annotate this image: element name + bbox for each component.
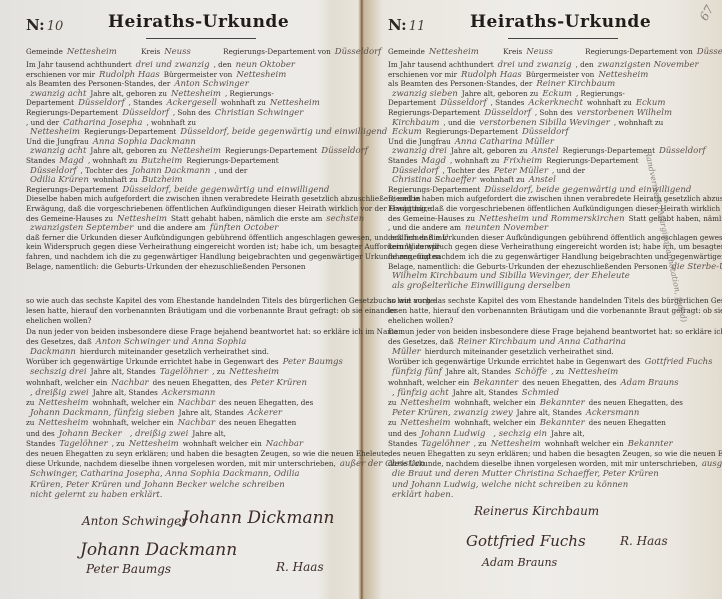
printed-text: ehelichen wollen? — [388, 316, 453, 325]
printed-text: Statt gehabt haben, nämlich die erste am — [629, 214, 722, 223]
printed-text: , wohnhaft zu — [450, 156, 499, 165]
printed-text: wohnhaft, welcher ein — [26, 378, 107, 387]
text-line: des Gemeine-Hauses zuNettesheimStatt geh… — [26, 214, 334, 224]
handwritten-entry: Müller — [392, 347, 421, 357]
handwritten-entry: drei und zwanzig — [136, 60, 210, 70]
handwritten-entry: Odilia Krüren — [30, 175, 89, 185]
printed-text: Jahre alt, geboren zu — [90, 89, 167, 98]
handwritten-entry: Catharina Josepha — [63, 118, 142, 128]
text-line: Dackmannhierdurch miteinander gesetzlich… — [26, 347, 334, 357]
text-line: des neuen Ehegatten zu seyn erklären; un… — [388, 449, 696, 458]
handwritten-entry: Johann Dackmann, fünfzig sieben — [30, 408, 175, 418]
printed-text: , zu — [212, 367, 225, 376]
text-line: , fünfzig achtJahre alt, StandesSchmied — [388, 388, 696, 398]
document-title: Heiraths-Urkunde — [108, 12, 289, 32]
handwritten-entry: Johann Ludwig — [421, 429, 486, 439]
handwritten-entry: Nettesheim — [171, 146, 221, 156]
handwritten-entry: und Johann Ludwig, welche nicht schreibe… — [392, 480, 628, 490]
right-page: N:11 Heiraths-Urkunde 67 GemeindeNettesh… — [362, 0, 722, 599]
printed-text: als Beamten des Personen-Standes, der — [26, 79, 170, 88]
handwritten-entry: erklärt haben. — [392, 490, 453, 500]
text-line: zuNettesheimwohnhaft, welcher einBekannt… — [388, 418, 696, 428]
printed-text: des neuen Ehegatten, des — [153, 378, 247, 387]
printed-text: hierdurch miteinander gesetzlich verheir… — [425, 347, 614, 356]
printed-text: Jahre alt, Standes — [453, 388, 518, 397]
text-line: und Johann Ludwig, welche nicht schreibe… — [388, 480, 696, 490]
printed-text: diese Urkunde, nachdem dieselbe ihnen vo… — [388, 459, 698, 468]
printed-text: Departement — [388, 98, 436, 107]
text-line: Düsseldorf, Tochter desJohann Dackmann, … — [26, 166, 334, 176]
printed-text: , Regierungs- — [225, 89, 274, 98]
handwritten-entry: zwanzig drei — [392, 146, 447, 156]
handwritten-entry: Butzheim — [141, 156, 182, 166]
signature: Anton Schwinger — [82, 514, 187, 528]
handwritten-entry: Bekannter — [540, 418, 585, 428]
text-line: Im Jahr tausend achthundertdrei und zwan… — [26, 60, 334, 70]
handwritten-entry: Christina Schaeffer — [392, 175, 476, 185]
text-line: zwanzig achtJahre alt, geboren zuNettesh… — [26, 89, 334, 99]
text-line: Dieselbe haben mich aufgefordert die zwi… — [388, 194, 696, 203]
handwritten-entry: Düsseldorf — [440, 98, 487, 108]
printed-text: Und die Jungfrau — [26, 137, 89, 146]
handwritten-entry: , dreißig zwei — [30, 388, 89, 398]
text-line: Dieselbe haben mich aufgefordert die zwi… — [26, 194, 334, 203]
printed-text: , Sohn des — [173, 108, 211, 117]
text-line: Worüber ich gegenwärtige Urkunde erricht… — [26, 357, 334, 367]
handwritten-entry: Ackergesell — [166, 98, 216, 108]
text-line: als großelterliche Einwilligung derselbe… — [388, 281, 696, 291]
handwritten-entry: fünfzig fünf — [392, 367, 442, 377]
handwritten-entry: nicht gelernt zu haben erklärt. — [30, 490, 162, 500]
printed-text: Jahre alt, Standes — [91, 367, 156, 376]
handwritten-entry: die Braut und deren Mutter Christina Sch… — [392, 469, 659, 479]
printed-text: Regierungs-Departement — [388, 108, 480, 117]
handwritten-entry: , fünfzig acht — [392, 388, 449, 398]
text-line: zwanzigsten Septemberund die andere amfü… — [26, 223, 334, 233]
handwritten-entry: Nettesheim — [568, 367, 618, 377]
printed-text: Regierungs-Departement — [225, 146, 317, 155]
text-line: DepartementDüsseldorf, StandesAckergesel… — [26, 98, 334, 108]
printed-text: zu — [26, 418, 34, 427]
text-line: Schwinger, Catharina Josepha, Anna Sophi… — [26, 469, 334, 479]
left-header: N:10 Heiraths-Urkunde — [26, 12, 340, 42]
printed-text: des Gemeine-Hauses zu — [26, 214, 113, 223]
text-line: NettesheimRegierungs-DepartementDüsseldo… — [26, 127, 334, 137]
handwritten-entry: Rudolph Haas — [99, 70, 160, 80]
printed-text: wohnhaft zu — [587, 98, 632, 107]
printed-text: zu — [388, 418, 396, 427]
printed-text: Regierungs-Departement — [186, 156, 278, 165]
printed-text: Erwägung, daß die vorgeschriebenen öffen… — [388, 204, 722, 213]
printed-text: wohnhaft, welcher ein — [92, 398, 173, 407]
text-line: und desJohann Becker, dreißig zweiJahre … — [26, 429, 334, 439]
handwritten-entry: Tagelöhner — [59, 439, 107, 449]
printed-text: des neuen Ehegatten, des — [522, 378, 616, 387]
printed-text: als Beamten des Personen-Standes, der — [388, 79, 532, 88]
printed-text: , den — [214, 60, 232, 69]
printed-text: lesen hatte, hierauf den vorbenannten Br… — [388, 306, 722, 315]
printed-text: des Gesetzes, daß — [388, 337, 454, 346]
handwritten-entry: als großelterliche Einwilligung derselbe… — [392, 281, 570, 291]
printed-text: , wohnhaft zu — [146, 118, 195, 127]
text-line: lesen hatte, hierauf den vorbenannten Br… — [388, 306, 696, 315]
handwritten-entry: neun Oktober — [236, 60, 295, 70]
handwritten-entry: Ackersmann — [586, 408, 640, 418]
handwritten-entry: Nettesheim — [171, 89, 221, 99]
handwritten-entry: Düsseldorf, beide gegenwärtig und einwil… — [180, 127, 387, 137]
handwritten-entry: Nettesheim — [229, 367, 279, 377]
printed-text: Regierungs-Departement — [84, 127, 176, 136]
handwritten-entry: Christian Schwinger — [215, 108, 304, 118]
printed-text: , zu — [474, 439, 487, 448]
text-line: StandesMagd, wohnhaft zuButzheimRegierun… — [26, 156, 334, 166]
handwritten-entry: Tagelöhner — [160, 367, 208, 377]
printed-text: zu — [26, 398, 34, 407]
handwritten-entry: Kirchbaum — [392, 118, 439, 128]
handwritten-entry: Düsseldorf — [659, 146, 706, 156]
printed-text: und des — [26, 429, 55, 438]
text-line: fahren, und nachdem ich die zu gegenwärt… — [388, 252, 696, 261]
handwritten-entry: Bekannter — [473, 378, 518, 388]
printed-text: erschienen vor mir — [388, 70, 457, 79]
handwritten-entry: Nachbar — [178, 398, 215, 408]
handwritten-entry: Schöffe — [515, 367, 547, 377]
title-underline — [146, 38, 256, 39]
text-line: ehelichen wollen? — [26, 316, 334, 325]
text-line: Regierungs-DepartementDüsseldorf, Sohn d… — [26, 108, 334, 118]
handwritten-entry: Gottfried Fuchs — [645, 357, 713, 367]
book-spread: N:10 Heiraths-Urkunde GemeindeNettesheim… — [0, 0, 722, 599]
text-line: des Gesetzes, daßAnton Schwinger und Ann… — [26, 337, 334, 347]
printed-text: , Sohn des — [535, 108, 573, 117]
handwritten-entry: Nachbar — [111, 378, 148, 388]
printed-text: des Gemeine-Hauses zu — [388, 214, 475, 223]
text-line: Peter Krüren, zwanzig zweyJahre alt, Sta… — [388, 408, 696, 418]
record-number: N:11 — [388, 16, 425, 34]
text-line: Belage, namentlich: die Geburts-Urkunden… — [26, 262, 334, 271]
text-line: Erwägung, daß die vorgeschriebenen öffen… — [388, 204, 696, 213]
handwritten-entry: Nachbar — [178, 418, 215, 428]
printed-text: des neuen Ehegatten zu seyn erklären; un… — [388, 449, 722, 458]
handwritten-entry: Nettesheim — [30, 127, 80, 137]
printed-text: Im Jahr tausend achthundert — [26, 60, 132, 69]
printed-text: , und der — [552, 166, 585, 175]
handwritten-entry: Düsseldorf — [392, 166, 439, 176]
handwritten-entry: Anstel — [529, 175, 556, 185]
printed-text: ehelichen wollen? — [26, 316, 91, 325]
printed-text: Jahre alt, Standes — [517, 408, 582, 417]
handwritten-entry: Nettesheim und Rommerskirchen — [479, 214, 625, 224]
text-line: fünfzig fünfJahre alt, StandesSchöffe, z… — [388, 367, 696, 377]
handwritten-entry: drei und zwanzig — [498, 60, 572, 70]
handwritten-entry: zwanzig acht — [30, 146, 86, 156]
printed-text: Standes — [388, 156, 417, 165]
handwritten-entry: Schwinger, Catharina Josepha, Anna Sophi… — [30, 469, 300, 479]
printed-text: Belage, namentlich: die Geburts-Urkunden… — [26, 262, 305, 271]
printed-text: , Tochter des — [443, 166, 490, 175]
header-fields: GemeindeNettesheim KreisNeuss Regierungs… — [26, 47, 334, 57]
printed-text: wohnhaft, welcher ein — [454, 418, 535, 427]
printed-text: Bürgermeister von — [526, 70, 595, 79]
printed-text: wohnhaft welcher ein — [545, 439, 624, 448]
printed-text: Regierungs-Departement — [26, 185, 118, 194]
printed-text: des neuen Ehegatten — [589, 418, 666, 427]
text-line: StandesTagelöhner, zuNettesheimwohnhaft … — [26, 439, 334, 449]
text-line: Regierungs-DepartementDüsseldorf, Sohn d… — [388, 108, 696, 118]
printed-text: wohnhaft zu — [480, 175, 525, 184]
text-line: Müllerhierdurch miteinander gesetzlich v… — [388, 347, 696, 357]
printed-text: Jahre alt, geboren zu — [90, 146, 167, 155]
text-line: als Beamten des Personen-Standes, derRei… — [388, 79, 696, 89]
printed-text: des neuen Ehegatten — [219, 418, 296, 427]
handwritten-entry: Nettesheim — [270, 98, 320, 108]
handwritten-entry: Düsseldorf, beide gegenwärtig und einwil… — [122, 185, 329, 195]
printed-text: Und die Jungfrau — [388, 137, 451, 146]
printed-text: Statt gehabt haben, nämlich die erste am — [171, 214, 322, 223]
printed-text: wohnhaft zu — [221, 98, 266, 107]
printed-text: , und die — [443, 118, 475, 127]
printed-text: Jahre alt, Standes — [179, 408, 244, 417]
text-line: des neuen Ehegatten zu seyn erklären; un… — [26, 449, 334, 458]
text-line: daß ferner die Urkunden dieser Aufkündig… — [26, 233, 334, 242]
printed-text: Bürgermeister von — [164, 70, 233, 79]
handwritten-entry: Butzheim — [142, 175, 183, 185]
text-line: Kirchbaum, und dieverstorbenen Sibilla W… — [388, 118, 696, 128]
text-line: als Beamten des Personen-Standes, derAnt… — [26, 79, 334, 89]
handwritten-entry: Düsseldorf — [30, 166, 77, 176]
handwritten-entry: Eckum — [392, 127, 422, 137]
handwritten-entry: Nettesheim — [117, 214, 167, 224]
text-line: die Braut und deren Mutter Christina Sch… — [388, 469, 696, 479]
signature: Reinerus Kirchbaum — [474, 504, 599, 518]
handwritten-entry: Schmied — [522, 388, 559, 398]
text-line: StandesTagelöhner, zuNettesheimwohnhaft … — [388, 439, 696, 449]
text-line: Johann Dackmann, fünfzig siebenJahre alt… — [26, 408, 334, 418]
text-line: Und die JungfrauAnna Catharina Müller — [388, 137, 696, 147]
handwritten-entry: Düsseldorf — [484, 108, 531, 118]
text-line: wohnhaft, welcher einNachbardes neuen Eh… — [26, 378, 334, 388]
handwritten-entry: Rudolph Haas — [461, 70, 522, 80]
handwritten-entry: Peter Müller — [494, 166, 548, 176]
text-line: Worüber ich gegenwärtige Urkunde erricht… — [388, 357, 696, 367]
text-line: kein Widerspruch gegen diese Verheirathu… — [388, 242, 696, 251]
text-line: Und die JungfrauAnna Sophia Dackmann — [26, 137, 334, 147]
text-line: und desJohann Ludwig, sechzig einJahre a… — [388, 429, 696, 439]
handwritten-entry: zwanzigsten September — [30, 223, 133, 233]
handwritten-entry: Nachbar — [266, 439, 303, 449]
handwritten-entry: Anna Catharina Müller — [455, 137, 554, 147]
handwritten-entry: Nettesheim — [400, 418, 450, 428]
printed-text: wohnhaft zu — [93, 175, 138, 184]
handwritten-entry: Eckum — [542, 89, 572, 99]
printed-text: Regierungs-Departement — [426, 127, 518, 136]
signature: Johann Dackmann — [80, 540, 237, 560]
text-line: zuNettesheimwohnhaft, welcher einNachbar… — [26, 418, 334, 428]
handwritten-entry: Peter Krüren — [251, 378, 307, 388]
text-line: erschienen vor mirRudolph HaasBürgermeis… — [388, 70, 696, 80]
handwritten-entry: neunten November — [465, 223, 548, 233]
printed-text: wohnhaft welcher ein — [183, 439, 262, 448]
record-number: N:10 — [26, 16, 63, 34]
text-line: nicht gelernt zu haben erklärt. — [26, 490, 334, 500]
handwritten-entry: Nettesheim — [236, 70, 286, 80]
text-line: DepartementDüsseldorf, StandesAckerknech… — [388, 98, 696, 108]
text-line: des Gesetzes, daßReiner Kirchbaum und An… — [388, 337, 696, 347]
printed-text: Worüber ich gegenwärtige Urkunde erricht… — [26, 357, 279, 366]
handwritten-entry: Magd — [421, 156, 446, 166]
printed-text: Regierungs-Departement — [546, 156, 638, 165]
printed-text: , den — [576, 60, 594, 69]
text-line: erklärt haben. — [388, 490, 696, 500]
text-line: kein Widerspruch gegen diese Verheirathu… — [26, 242, 334, 251]
handwritten-entry: Anstel — [532, 146, 559, 156]
text-line: so wie auch das sechste Kapitel des vom … — [26, 296, 334, 305]
printed-text: Dieselbe haben mich aufgefordert die zwi… — [388, 194, 722, 203]
handwritten-entry: Adam Brauns — [621, 378, 679, 388]
handwritten-entry: Reiner Kirchbaum und Anna Catharina — [458, 337, 626, 347]
signature: Adam Brauns — [482, 556, 557, 569]
handwritten-entry: Düsseldorf — [78, 98, 125, 108]
document-title: Heiraths-Urkunde — [470, 12, 651, 32]
text-line: Belage, namentlich: die Geburts-Urkunden… — [388, 262, 696, 272]
handwritten-entry: Magd — [59, 156, 84, 166]
text-line: Wilhelm Kirchbaum und Sibilla Wevinger, … — [388, 271, 696, 281]
handwritten-entry: sechsten — [326, 214, 364, 224]
printed-text: Standes — [26, 439, 55, 448]
printed-text: , Standes — [491, 98, 525, 107]
text-line: zuNettesheimwohnhaft, welcher einBekannt… — [388, 398, 696, 408]
text-line: zwanzig siebenJahre alt, geboren zuEckum… — [388, 89, 696, 99]
text-line: lesen hatte, hierauf den vorbenannten Br… — [26, 306, 334, 315]
printed-text: Standes — [26, 156, 55, 165]
signature: Gottfried Fuchs — [466, 532, 586, 550]
handwritten-entry: Bekannter — [628, 439, 673, 449]
handwritten-entry: Bekannter — [540, 398, 585, 408]
text-line: zuNettesheimwohnhaft, welcher einNachbar… — [26, 398, 334, 408]
printed-text: , zu — [112, 439, 125, 448]
handwritten-entry: Anton Schwinger — [174, 79, 248, 89]
text-line: Im Jahr tausend achthundertdrei und zwan… — [388, 60, 696, 70]
handwritten-entry: Wilhelm Kirchbaum und Sibilla Wevinger, … — [392, 271, 630, 281]
printed-text: , wohnhaft zu — [88, 156, 137, 165]
title-underline — [508, 38, 618, 39]
handwritten-entry: Nettesheim — [400, 398, 450, 408]
printed-text: lesen hatte, hierauf den vorbenannten Br… — [26, 306, 397, 315]
printed-text: zu — [388, 398, 396, 407]
printed-text: Da nun jeder von beiden insbesondere die… — [26, 327, 403, 336]
text-line: wohnhaft, welcher einBekannterdes neuen … — [388, 378, 696, 388]
handwritten-entry: , dreißig zwei — [130, 429, 189, 439]
text-line: so wie auch das sechste Kapitel des vom … — [388, 296, 696, 305]
printed-text: , wohnhaft zu — [614, 118, 663, 127]
printed-text: und die andere am — [137, 223, 205, 232]
printed-text: Jahre alt, geboren zu — [451, 146, 528, 155]
printed-text: Regierungs-Departement — [26, 108, 118, 117]
handwritten-entry: Ackersmann — [162, 388, 216, 398]
printed-text: hierdurch miteinander gesetzlich verheir… — [80, 347, 269, 356]
printed-text: wohnhaft, welcher ein — [454, 398, 535, 407]
printed-text: , und der — [26, 118, 59, 127]
printed-text: Jahre alt, Standes — [93, 388, 158, 397]
text-line: , und die andere amneunten November — [388, 223, 696, 233]
text-line: Odilia Krürenwohnhaft zuButzheim — [26, 175, 334, 185]
text-line: Krüren, Peter Krüren und Johann Becker w… — [26, 480, 334, 490]
text-line: fahren, und nachdem ich die zu gegenwärt… — [26, 252, 334, 261]
handwritten-entry: zwanzig acht — [30, 89, 86, 99]
handwritten-entry: Düsseldorf — [321, 146, 368, 156]
printed-text: Da nun jeder von beiden insbesondere die… — [388, 327, 722, 336]
printed-text: so wie auch das sechste Kapitel des vom … — [388, 296, 722, 305]
handwritten-entry: verstorbenen Wilhelm — [577, 108, 672, 118]
signature: Peter Baumgs — [86, 562, 171, 576]
printed-text: diese Urkunde, nachdem dieselbe ihnen vo… — [26, 459, 336, 468]
signature: Johann Dickmann — [182, 508, 334, 528]
text-line: Erwägung, daß die vorgeschriebenen öffen… — [26, 204, 334, 213]
printed-text: , und der — [214, 166, 247, 175]
handwritten-entry: Reiner Kirchbaum — [536, 79, 615, 89]
text-line: Da nun jeder von beiden insbesondere die… — [388, 327, 696, 336]
text-line: zwanzig achtJahre alt, geboren zuNettesh… — [26, 146, 334, 156]
printed-text: Im Jahr tausend achthundert — [388, 60, 494, 69]
printed-text: des Gesetzes, daß — [26, 337, 92, 346]
printed-text: Jahre alt, — [551, 429, 585, 438]
handwritten-entry: Anton Schwinger und Anna Sophia — [96, 337, 247, 347]
handwritten-entry: , sechzig ein — [493, 429, 547, 439]
text-line: diese Urkunde, nachdem dieselbe ihnen vo… — [26, 459, 334, 469]
handwritten-entry: Tagelöhner — [421, 439, 469, 449]
handwritten-entry: Nettesheim — [38, 398, 88, 408]
right-header: N:11 Heiraths-Urkunde — [388, 12, 702, 42]
printed-text: und des — [388, 429, 417, 438]
signature: R. Haas — [620, 534, 668, 548]
handwritten-entry: Johann Dackmann — [132, 166, 211, 176]
text-line: , dreißig zweiJahre alt, StandesAckersma… — [26, 388, 334, 398]
handwritten-entry: Johann Becker — [59, 429, 122, 439]
signature: R. Haas — [276, 560, 324, 574]
handwritten-entry: zwanzig sieben — [392, 89, 458, 99]
printed-text: Regierungs-Departement — [388, 185, 480, 194]
handwritten-entry: ausgenommen — [702, 459, 722, 469]
printed-text: wohnhaft, welcher ein — [92, 418, 173, 427]
printed-text: Jahre alt, geboren zu — [462, 89, 539, 98]
handwritten-entry: Anna Sophia Dackmann — [93, 137, 196, 147]
handwritten-entry: Nettesheim — [598, 70, 648, 80]
printed-text: , und die andere am — [388, 223, 461, 232]
handwritten-entry: Nettesheim — [129, 439, 179, 449]
text-line: , und derCatharina Josepha, wohnhaft zu — [26, 118, 334, 128]
handwritten-entry: Peter Krüren, zwanzig zwey — [392, 408, 513, 418]
printed-text: Belage, namentlich: die Geburts-Urkunden… — [388, 262, 667, 271]
handwritten-entry: Ackerknecht — [528, 98, 582, 108]
handwritten-entry: Eckum — [636, 98, 666, 108]
printed-text: des neuen Ehegatten, des — [219, 398, 313, 407]
text-line: diese Urkunde, nachdem dieselbe ihnen vo… — [388, 459, 696, 469]
printed-text: des neuen Ehegatten, des — [589, 398, 683, 407]
printed-text: erschienen vor mir — [26, 70, 95, 79]
header-fields: GemeindeNettesheim KreisNeuss Regierungs… — [388, 47, 696, 57]
text-line: EckumRegierungs-DepartementDüsseldorf — [388, 127, 696, 137]
handwritten-entry: Krüren, Peter Krüren und Johann Becker w… — [30, 480, 285, 490]
handwritten-entry: zwanzigsten November — [598, 60, 699, 70]
handwritten-entry: Dackmann — [30, 347, 76, 357]
text-line: Da nun jeder von beiden insbesondere die… — [26, 327, 334, 336]
text-line: sechszig dreiJahre alt, StandesTagelöhne… — [26, 367, 334, 377]
handwritten-entry: die Sterbe-Urkunden — [671, 262, 722, 272]
printed-text: , zu — [551, 367, 564, 376]
printed-text: , Standes — [129, 98, 163, 107]
handwritten-entry: Nettesheim — [38, 418, 88, 428]
printed-text: Standes — [388, 439, 417, 448]
